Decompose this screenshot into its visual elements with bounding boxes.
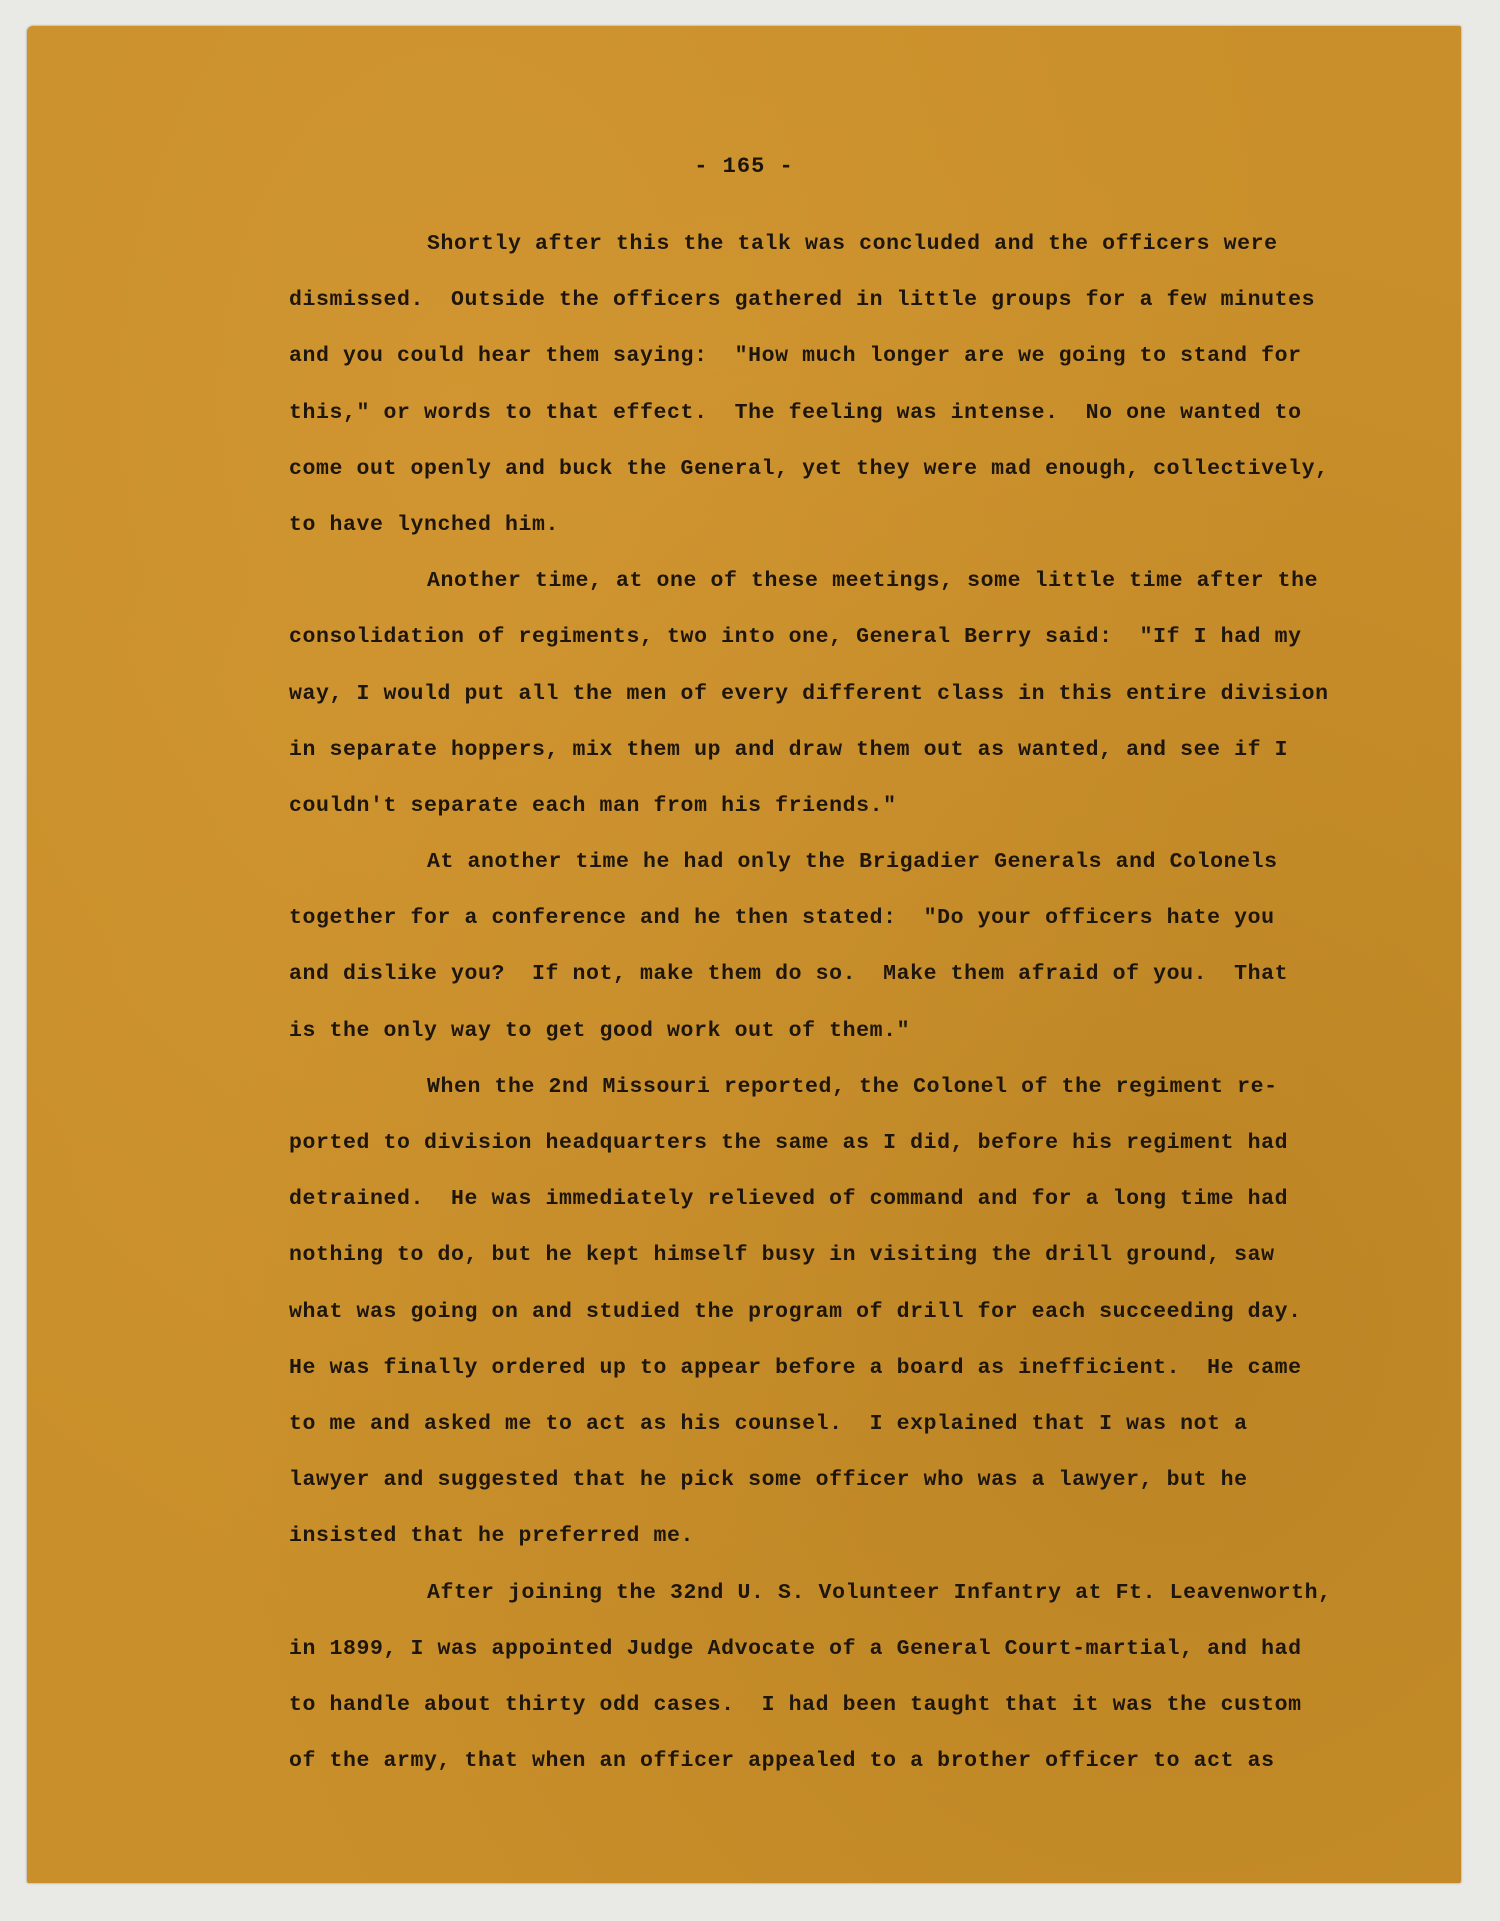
text-line: way, I would put all the men of every di…: [289, 666, 1419, 722]
text-line: He was finally ordered up to appear befo…: [289, 1340, 1419, 1396]
text-line: come out openly and buck the General, ye…: [289, 441, 1419, 497]
text-line: this," or words to that effect. The feel…: [289, 385, 1419, 441]
text-line: When the 2nd Missouri reported, the Colo…: [289, 1059, 1419, 1115]
text-line: of the army, that when an officer appeal…: [289, 1733, 1419, 1789]
text-line: Another time, at one of these meetings, …: [289, 553, 1419, 609]
text-line: nothing to do, but he kept himself busy …: [289, 1227, 1419, 1283]
text-line: what was going on and studied the progra…: [289, 1284, 1419, 1340]
text-line: After joining the 32nd U. S. Volunteer I…: [289, 1565, 1419, 1621]
text-line: lawyer and suggested that he pick some o…: [289, 1452, 1419, 1508]
text-line: Shortly after this the talk was conclude…: [289, 216, 1419, 272]
text-line: ported to division headquarters the same…: [289, 1115, 1419, 1171]
text-line: consolidation of regiments, two into one…: [289, 609, 1419, 665]
text-line: dismissed. Outside the officers gathered…: [289, 272, 1419, 328]
text-line: and you could hear them saying: "How muc…: [289, 328, 1419, 384]
text-line: At another time he had only the Brigadie…: [289, 834, 1419, 890]
text-line: to have lynched him.: [289, 497, 1419, 553]
text-line: is the only way to get good work out of …: [289, 1003, 1419, 1059]
page-number: - 165 -: [27, 154, 1461, 179]
text-line: in 1899, I was appointed Judge Advocate …: [289, 1621, 1419, 1677]
text-line: to me and asked me to act as his counsel…: [289, 1396, 1419, 1452]
text-line: in separate hoppers, mix them up and dra…: [289, 722, 1419, 778]
text-line: insisted that he preferred me.: [289, 1508, 1419, 1564]
text-line: to handle about thirty odd cases. I had …: [289, 1677, 1419, 1733]
text-line: together for a conference and he then st…: [289, 890, 1419, 946]
text-line: detrained. He was immediately relieved o…: [289, 1171, 1419, 1227]
text-line: and dislike you? If not, make them do so…: [289, 946, 1419, 1002]
typewritten-page: - 165 - Shortly after this the talk was …: [27, 26, 1461, 1883]
text-line: couldn't separate each man from his frie…: [289, 778, 1419, 834]
body-text: Shortly after this the talk was conclude…: [289, 216, 1419, 1789]
